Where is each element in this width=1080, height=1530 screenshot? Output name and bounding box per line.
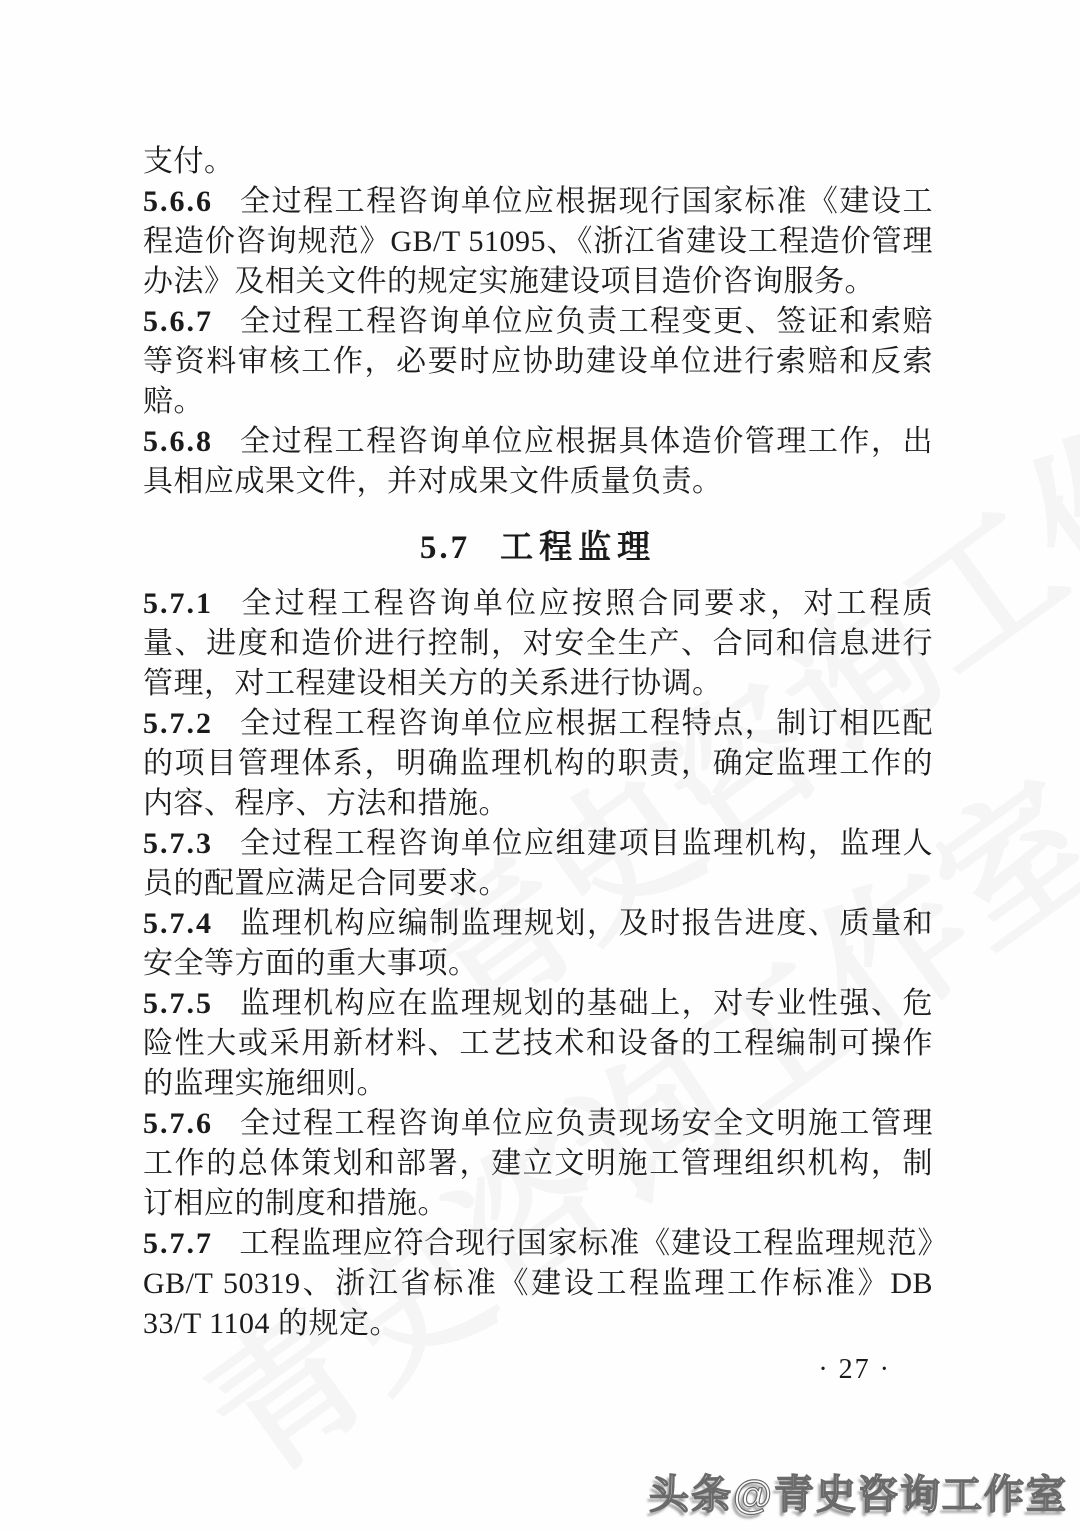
clause-number: 5.7.4 (143, 907, 213, 940)
paragraph-continuation: 支付。 (143, 142, 933, 182)
clause-number: 5.6.8 (143, 425, 213, 458)
clause-number: 5.6.7 (143, 305, 213, 338)
clause-number: 5.7.7 (143, 1227, 213, 1260)
clause-number: 5.7.5 (143, 987, 213, 1020)
clause-5-7-3: 5.7.3全过程工程咨询单位应组建项目监理机构，监理人员的配置应满足合同要求。 (143, 824, 933, 904)
clause-text: 全过程工程咨询单位应根据现行国家标准《建设工程造价咨询规范》GB/T 51095… (143, 185, 933, 298)
clause-text: 监理机构应编制监理规划，及时报告进度、质量和安全等方面的重大事项。 (143, 907, 933, 980)
clause-text: 全过程工程咨询单位应根据具体造价管理工作，出具相应成果文件，并对成果文件质量负责… (143, 425, 933, 498)
text-column: 支付。 5.6.6全过程工程咨询单位应根据现行国家标准《建设工程造价咨询规范》G… (143, 142, 933, 1386)
clause-5-7-5: 5.7.5监理机构应在监理规划的基础上，对专业性强、危险性大或采用新材料、工艺技… (143, 984, 933, 1104)
clause-number: 5.7.3 (143, 827, 213, 860)
clause-5-6-7: 5.6.7全过程工程咨询单位应负责工程变更、签证和索赔等资料审核工作，必要时应协… (143, 302, 933, 422)
clause-text: 全过程工程咨询单位应组建项目监理机构，监理人员的配置应满足合同要求。 (143, 827, 933, 900)
section-heading-number: 5.7 (420, 530, 470, 566)
clause-text: 监理机构应在监理规划的基础上，对专业性强、危险性大或采用新材料、工艺技术和设备的… (143, 987, 933, 1100)
clause-text: 工程监理应符合现行国家标准《建设工程监理规范》GB/T 50319、浙江省标准《… (143, 1227, 933, 1340)
section-heading-title: 工程监理 (500, 528, 656, 565)
clause-text: 全过程工程咨询单位应根据工程特点，制订相匹配的项目管理体系，明确监理机构的职责，… (143, 707, 933, 820)
section-heading-5-7: 5.7工程监理 (143, 502, 933, 584)
clause-5-7-2: 5.7.2全过程工程咨询单位应根据工程特点，制订相匹配的项目管理体系，明确监理机… (143, 704, 933, 824)
clause-text: 全过程工程咨询单位应负责现场安全文明施工管理工作的总体策划和部署，建立文明施工管… (143, 1107, 933, 1220)
clause-5-7-1: 5.7.1全过程工程咨询单位应按照合同要求，对工程质量、进度和造价进行控制，对安… (143, 584, 933, 704)
footer-watermark: 头条@青史咨询工作室 (649, 1463, 1068, 1520)
clause-number: 5.7.1 (143, 587, 213, 620)
clause-number: 5.6.6 (143, 185, 213, 218)
clause-5-7-4: 5.7.4监理机构应编制监理规划，及时报告进度、质量和安全等方面的重大事项。 (143, 904, 933, 984)
page-number: · 27 · (143, 1354, 933, 1386)
document-page: 青史咨询工作室 青史咨询工作室 支付。 5.6.6全过程工程咨询单位应根据现行国… (0, 0, 1080, 1530)
paragraph-text: 支付。 (143, 145, 235, 178)
clause-text: 全过程工程咨询单位应按照合同要求，对工程质量、进度和造价进行控制，对安全生产、合… (143, 587, 933, 700)
clause-text: 全过程工程咨询单位应负责工程变更、签证和索赔等资料审核工作，必要时应协助建设单位… (143, 305, 933, 418)
clause-5-7-6: 5.7.6全过程工程咨询单位应负责现场安全文明施工管理工作的总体策划和部署，建立… (143, 1104, 933, 1224)
clause-5-7-7: 5.7.7工程监理应符合现行国家标准《建设工程监理规范》GB/T 50319、浙… (143, 1224, 933, 1344)
clause-number: 5.7.6 (143, 1107, 213, 1140)
clause-5-6-6: 5.6.6全过程工程咨询单位应根据现行国家标准《建设工程造价咨询规范》GB/T … (143, 182, 933, 302)
clause-number: 5.7.2 (143, 707, 213, 740)
clause-5-6-8: 5.6.8全过程工程咨询单位应根据具体造价管理工作，出具相应成果文件，并对成果文… (143, 422, 933, 502)
